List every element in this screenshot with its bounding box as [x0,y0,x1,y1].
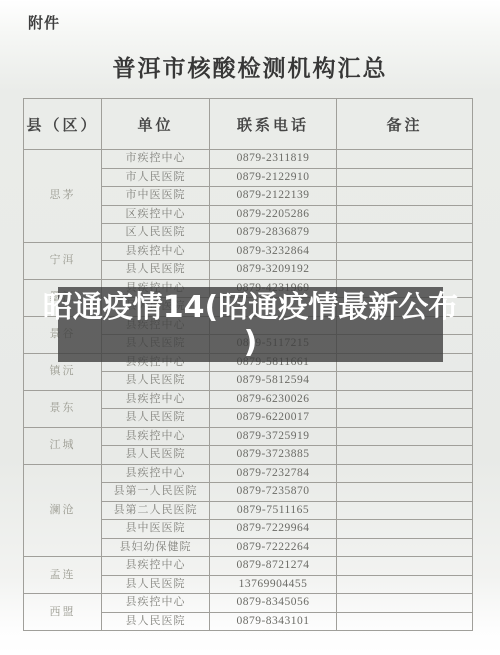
remark-cell [337,242,473,261]
unit-cell: 县疾控中心 [102,427,210,446]
remark-cell [337,427,473,446]
unit-cell: 县疾控中心 [102,242,210,261]
remark-cell [337,464,473,483]
institutions-table-body: 思茅市疾控中心0879-2311819市人民医院0879-2122910市中医医… [24,150,473,631]
unit-cell: 市疾控中心 [102,150,210,169]
attachment-label: 附件 [28,12,60,33]
remark-cell [337,557,473,576]
header-cell-unit: 单位 [102,99,210,150]
overlay-caption-line1: 昭通疫情14(昭通疫情最新公布 [43,290,458,325]
unit-cell: 市中医医院 [102,187,210,206]
remark-cell [337,538,473,557]
phone-cell: 0879-2122910 [210,168,337,187]
phone-cell: 0879-5812594 [210,372,337,391]
institutions-table: 县（区） 单位 联系电话 备注 思茅市疾控中心0879-2311819市人民医院… [23,98,473,631]
remark-cell [337,150,473,169]
remark-cell [337,187,473,206]
unit-cell: 县妇幼保健院 [102,538,210,557]
unit-cell: 市人民医院 [102,168,210,187]
remark-cell [337,390,473,409]
table-row: 思茅市疾控中心0879-2311819 [24,150,473,169]
remark-cell [337,224,473,243]
header-cell-county: 县（区） [24,99,102,150]
document-page: 附件 普洱市核酸检测机构汇总 县（区） 单位 联系电话 备注 思茅市疾控中心08… [0,0,500,655]
phone-cell: 13769904455 [210,575,337,594]
remark-cell [337,501,473,520]
phone-cell: 0879-7235870 [210,483,337,502]
phone-cell: 0879-3232864 [210,242,337,261]
county-cell: 澜沧 [24,464,102,557]
county-cell: 宁洱 [24,242,102,279]
county-cell: 西盟 [24,594,102,631]
phone-cell: 0879-8345056 [210,594,337,613]
phone-cell: 0879-6230026 [210,390,337,409]
phone-cell: 0879-7511165 [210,501,337,520]
unit-cell: 县第二人民医院 [102,501,210,520]
table-row: 江城县疾控中心0879-3725919 [24,427,473,446]
phone-cell: 0879-2311819 [210,150,337,169]
phone-cell: 0879-8343101 [210,612,337,631]
unit-cell: 县中医医院 [102,520,210,539]
county-cell: 景东 [24,390,102,427]
remark-cell [337,446,473,465]
phone-cell: 0879-3209192 [210,261,337,280]
table-row: 西盟县疾控中心0879-8345056 [24,594,473,613]
phone-cell: 0879-7222264 [210,538,337,557]
table-row: 孟连县疾控中心0879-8721274 [24,557,473,576]
phone-cell: 0879-8721274 [210,557,337,576]
remark-cell [337,372,473,391]
phone-cell: 0879-7232784 [210,464,337,483]
remark-cell [337,612,473,631]
overlay-caption-line2: ) [244,325,258,360]
remark-cell [337,261,473,280]
unit-cell: 县人民医院 [102,372,210,391]
phone-cell: 0879-2205286 [210,205,337,224]
county-cell: 思茅 [24,150,102,243]
unit-cell: 县疾控中心 [102,464,210,483]
phone-cell: 0879-3723885 [210,446,337,465]
unit-cell: 县人民医院 [102,446,210,465]
phone-cell: 0879-6220017 [210,409,337,428]
header-cell-phone: 联系电话 [210,99,337,150]
unit-cell: 县人民医院 [102,575,210,594]
phone-cell: 0879-2836879 [210,224,337,243]
unit-cell: 区人民医院 [102,224,210,243]
unit-cell: 区疾控中心 [102,205,210,224]
unit-cell: 县疾控中心 [102,594,210,613]
table-row: 澜沧县疾控中心0879-7232784 [24,464,473,483]
remark-cell [337,483,473,502]
remark-cell [337,168,473,187]
county-cell: 孟连 [24,557,102,594]
page-title: 普洱市核酸检测机构汇总 [0,50,500,83]
unit-cell: 县疾控中心 [102,390,210,409]
table-header-row: 县（区） 单位 联系电话 备注 [24,99,473,150]
remark-cell [337,594,473,613]
unit-cell: 县人民医院 [102,261,210,280]
unit-cell: 县疾控中心 [102,557,210,576]
county-cell: 江城 [24,427,102,464]
header-cell-remark: 备注 [337,99,473,150]
remark-cell [337,575,473,594]
remark-cell [337,409,473,428]
overlay-caption-banner: 昭通疫情14(昭通疫情最新公布 ) [58,287,443,362]
unit-cell: 县人民医院 [102,612,210,631]
remark-cell [337,520,473,539]
phone-cell: 0879-3725919 [210,427,337,446]
remark-cell [337,205,473,224]
table-row: 宁洱县疾控中心0879-3232864 [24,242,473,261]
unit-cell: 县人民医院 [102,409,210,428]
table-row: 景东县疾控中心0879-6230026 [24,390,473,409]
phone-cell: 0879-2122139 [210,187,337,206]
phone-cell: 0879-7229964 [210,520,337,539]
unit-cell: 县第一人民医院 [102,483,210,502]
